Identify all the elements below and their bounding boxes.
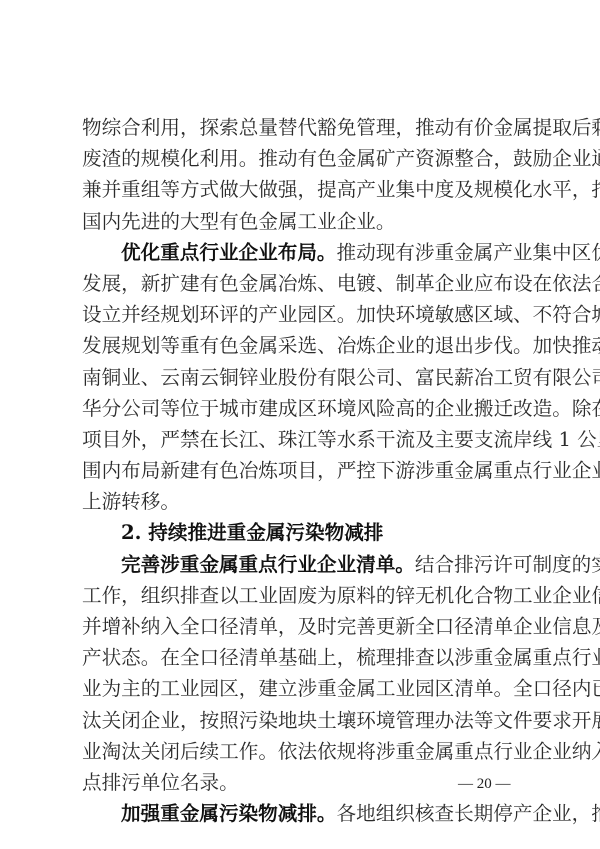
text-line: 废渣的规模化利用。推动有色金属矿产资源整合，鼓励企业通过 bbox=[82, 143, 522, 174]
text-line: 业为主的工业园区，建立涉重金属工业园区清单。全口径内已淘 bbox=[82, 673, 522, 704]
line-text: 产状态。在全口径清单基础上，梳理排查以涉重金属重点行业企 bbox=[82, 646, 600, 669]
text-line: 汰关闭企业，按照污染地块土壤环境管理办法等文件要求开展企 bbox=[82, 705, 522, 736]
bold-lead: 加强重金属污染物减排。 bbox=[121, 802, 337, 825]
line-text: 发展规划等重有色金属采选、冶炼企业的退出步伐。加快推动西 bbox=[82, 334, 600, 357]
text-line: 并增补纳入全口径清单，及时完善更新全口径清单企业信息及生 bbox=[82, 611, 522, 642]
line-text: 汰关闭企业，按照污染地块土壤环境管理办法等文件要求开展企 bbox=[82, 709, 600, 732]
text-line: 设立并经规划环评的产业园区。加快环境敏感区域、不符合城市 bbox=[82, 299, 522, 330]
document-body: 物综合利用，探索总量替代豁免管理，推动有价金属提取后剩余废渣的规模化利用。推动有… bbox=[82, 112, 522, 829]
text-line: 完善涉重金属重点行业企业清单。结合排污许可制度的实施 bbox=[82, 549, 522, 580]
line-text: 南铜业、云南云铜锌业股份有限公司、富民薪冶工贸有限公司五 bbox=[82, 366, 600, 389]
text-line: 加强重金属污染物减排。各地组织核查长期停产企业，推动 bbox=[82, 798, 522, 829]
line-text: 点排污单位名录。 bbox=[82, 771, 239, 794]
text-line: 南铜业、云南云铜锌业股份有限公司、富民薪冶工贸有限公司五 bbox=[82, 362, 522, 393]
line-text: 各地组织核查长期停产企业，推动 bbox=[337, 802, 600, 825]
text-line: 上游转移。 bbox=[82, 486, 522, 517]
text-line: 工作，组织排查以工业固废为原料的锌无机化合物工业企业信息 bbox=[82, 580, 522, 611]
text-line: 业淘汰关闭后续工作。依法依规将涉重金属重点行业企业纳入重 bbox=[82, 736, 522, 767]
text-line: 项目外，严禁在长江、珠江等水系干流及主要支流岸线 1 公里范 bbox=[82, 424, 522, 455]
text-line: 兼并重组等方式做大做强，提高产业集中度及规模化水平，打造 bbox=[82, 174, 522, 205]
text-line: 发展，新扩建有色金属冶炼、电镀、制革企业应布设在依法合规 bbox=[82, 268, 522, 299]
text-line: 华分公司等位于城市建成区环境风险高的企业搬迁改造。除在建 bbox=[82, 393, 522, 424]
text-line: 发展规划等重有色金属采选、冶炼企业的退出步伐。加快推动西 bbox=[82, 330, 522, 361]
line-text: 业淘汰关闭后续工作。依法依规将涉重金属重点行业企业纳入重 bbox=[82, 740, 600, 763]
line-text: 工作，组织排查以工业固废为原料的锌无机化合物工业企业信息 bbox=[82, 584, 600, 607]
line-text: 结合排污许可制度的实施 bbox=[415, 553, 600, 576]
line-text: 围内布局新建有色冶炼项目，严控下游涉重金属重点行业企业向 bbox=[82, 459, 600, 482]
line-text: 废渣的规模化利用。推动有色金属矿产资源整合，鼓励企业通过 bbox=[82, 147, 600, 170]
bold-lead: 完善涉重金属重点行业企业清单。 bbox=[121, 553, 415, 576]
line-text: 推动现有涉重金属产业集中区优化 bbox=[337, 241, 600, 264]
text-line: 国内先进的大型有色金属工业企业。 bbox=[82, 206, 522, 237]
line-text: 上游转移。 bbox=[82, 490, 180, 513]
text-line: 围内布局新建有色冶炼项目，严控下游涉重金属重点行业企业向 bbox=[82, 455, 522, 486]
bold-lead: 2. 持续推进重金属污染物减排 bbox=[121, 521, 383, 544]
bold-lead: 优化重点行业企业布局。 bbox=[121, 241, 337, 264]
text-line: 优化重点行业企业布局。推动现有涉重金属产业集中区优化 bbox=[82, 237, 522, 268]
line-text: 华分公司等位于城市建成区环境风险高的企业搬迁改造。除在建 bbox=[82, 397, 600, 420]
line-text: 发展，新扩建有色金属冶炼、电镀、制革企业应布设在依法合规 bbox=[82, 272, 600, 295]
section-heading: 2. 持续推进重金属污染物减排 bbox=[82, 517, 522, 548]
text-line: 物综合利用，探索总量替代豁免管理，推动有价金属提取后剩余 bbox=[82, 112, 522, 143]
text-line: 点排污单位名录。 bbox=[82, 767, 522, 798]
line-text: 设立并经规划环评的产业园区。加快环境敏感区域、不符合城市 bbox=[82, 303, 600, 326]
line-text: 业为主的工业园区，建立涉重金属工业园区清单。全口径内已淘 bbox=[82, 677, 600, 700]
line-text: 并增补纳入全口径清单，及时完善更新全口径清单企业信息及生 bbox=[82, 615, 600, 638]
text-line: 产状态。在全口径清单基础上，梳理排查以涉重金属重点行业企 bbox=[82, 642, 522, 673]
line-text: 物综合利用，探索总量替代豁免管理，推动有价金属提取后剩余 bbox=[82, 116, 600, 139]
line-text: 项目外，严禁在长江、珠江等水系干流及主要支流岸线 1 公里范 bbox=[82, 428, 600, 451]
line-text: 国内先进的大型有色金属工业企业。 bbox=[82, 210, 396, 233]
line-text: 兼并重组等方式做大做强，提高产业集中度及规模化水平，打造 bbox=[82, 178, 600, 201]
page-number: — 20 — bbox=[458, 776, 511, 793]
